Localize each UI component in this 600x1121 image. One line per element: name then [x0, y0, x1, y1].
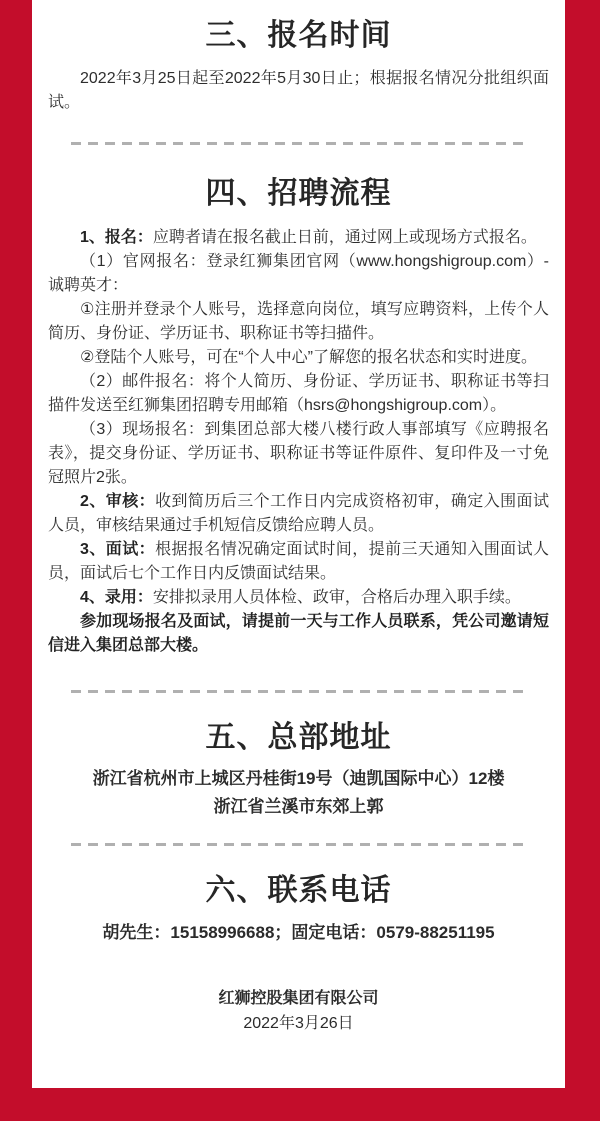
address-line-hangzhou: 浙江省杭州市上城区丹桂街19号（迪凯国际中心）12楼 [48, 765, 549, 793]
recruitment-poster: { "theme": { "frame_red": "#c30d2b", "sh… [0, 0, 600, 1121]
contact-phone-text: 胡先生：15158996688；固定电话：0579-88251195 [48, 920, 549, 946]
paragraph-lead: 参加现场报名及面试，请提前一天与工作人员联系，凭公司邀请短信进入集团总部大楼。 [48, 613, 549, 654]
section-title-headquarters-address: 五、总部地址 [48, 719, 549, 757]
paragraph-lead: 2、审核： [80, 493, 155, 510]
section-title-recruitment-process: 四、招聘流程 [48, 175, 549, 213]
address-block: 浙江省杭州市上城区丹桂街19号（迪凯国际中心）12楼 浙江省兰溪市东郊上郭 [48, 765, 549, 821]
paragraph-review: 2、审核：收到简历后三个工作日内完成资格初审，确定入围面试人员，审核结果通过手机… [48, 490, 549, 538]
dashed-divider-1 [71, 142, 527, 145]
section-title-registration-time: 三、报名时间 [48, 17, 549, 55]
section-title-contact-phone: 六、联系电话 [48, 872, 549, 910]
notice-sheet: 三、报名时间 2022年3月25日起至2022年5月30日止；根据报名情况分批组… [32, 0, 565, 1088]
paragraph-lead: 3、面试： [80, 541, 155, 558]
paragraph-text: （1）官网报名：登录红狮集团官网（www.hongshigroup.com）-诚… [48, 253, 549, 294]
dashed-divider-3 [71, 843, 527, 846]
paragraph-register-account: ①注册并登录个人账号，选择意向岗位，填写应聘资料，上传个人简历、身份证、学历证书… [48, 298, 549, 346]
dashed-divider-2 [71, 690, 527, 693]
paragraph-text: （3）现场报名：到集团总部大楼八楼行政人事部填写《应聘报名表》，提交身份证、学历… [48, 421, 549, 486]
registration-time-text: 2022年3月25日起至2022年5月30日止；根据报名情况分批组织面试。 [48, 67, 549, 115]
paragraph-text: ②登陆个人账号，可在“个人中心”了解您的报名状态和实时进度。 [80, 349, 537, 366]
paragraph-website-apply: （1）官网报名：登录红狮集团官网（www.hongshigroup.com）-诚… [48, 250, 549, 298]
address-line-lanxi: 浙江省兰溪市东郊上郭 [48, 793, 549, 821]
paragraph-hiring: 4、录用：安排拟录用人员体检、政审，合格后办理入职手续。 [48, 586, 549, 610]
paragraph-text: 安排拟录用人员体检、政审，合格后办理入职手续。 [153, 589, 521, 606]
paragraph-login-status: ②登陆个人账号，可在“个人中心”了解您的报名状态和实时进度。 [48, 346, 549, 370]
company-name: 红狮控股集团有限公司 [48, 986, 549, 1011]
notice-date: 2022年3月26日 [48, 1011, 549, 1036]
paragraph-lead: 1、报名： [80, 229, 153, 246]
paragraph-onsite-notice: 参加现场报名及面试，请提前一天与工作人员联系，凭公司邀请短信进入集团总部大楼。 [48, 610, 549, 658]
paragraph-apply: 1、报名：应聘者请在报名截止日前，通过网上或现场方式报名。 [48, 226, 549, 250]
paragraph-onsite-apply: （3）现场报名：到集团总部大楼八楼行政人事部填写《应聘报名表》，提交身份证、学历… [48, 418, 549, 490]
recruitment-process-paragraphs: 1、报名：应聘者请在报名截止日前，通过网上或现场方式报名。 （1）官网报名：登录… [48, 226, 549, 658]
paragraph-interview: 3、面试：根据报名情况确定面试时间，提前三天通知入围面试人员，面试后七个工作日内… [48, 538, 549, 586]
paragraph-text: 应聘者请在报名截止日前，通过网上或现场方式报名。 [153, 229, 537, 246]
paragraph-lead: 4、录用： [80, 589, 153, 606]
paragraph-text: （2）邮件报名：将个人简历、身份证、学历证书、职称证书等扫描件发送至红狮集团招聘… [48, 373, 549, 414]
paragraph-text: ①注册并登录个人账号，选择意向岗位，填写应聘资料，上传个人简历、身份证、学历证书… [48, 301, 549, 342]
paragraph-email-apply: （2）邮件报名：将个人简历、身份证、学历证书、职称证书等扫描件发送至红狮集团招聘… [48, 370, 549, 418]
